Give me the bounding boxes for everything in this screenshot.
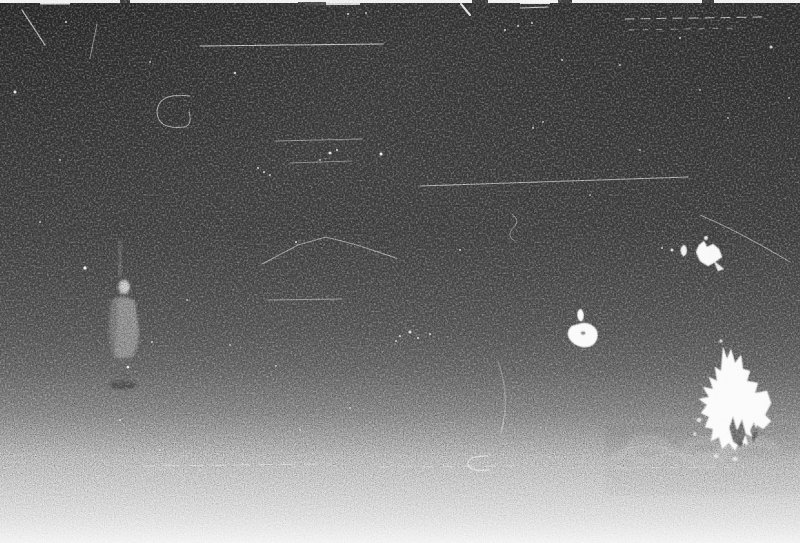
film-edge-bump — [40, 0, 70, 5]
dust-speck — [151, 341, 153, 343]
dust-speck — [531, 22, 533, 24]
dust-speck — [65, 21, 67, 23]
scratch-line — [625, 17, 763, 19]
car-roof-arc — [262, 237, 396, 264]
dust-speck — [299, 429, 301, 431]
scratch-line — [380, 466, 516, 467]
film-edge-gap — [702, 0, 714, 3]
film-edge-gap — [558, 0, 572, 3]
film-edge-gap — [298, 2, 326, 6]
scratch-line — [520, 7, 548, 8]
dust-speck — [727, 117, 729, 119]
dust-speck — [336, 149, 338, 151]
flame-fleck-3 — [714, 454, 719, 458]
dust-speck — [380, 153, 383, 156]
dust-speck — [561, 59, 563, 61]
scratch-line — [141, 453, 189, 477]
dust-speck — [229, 344, 231, 346]
photograph — [0, 0, 800, 543]
dust-speck — [39, 221, 41, 223]
c-scratch — [468, 456, 489, 470]
dust-speck — [319, 159, 321, 161]
upper-right-blob — [696, 241, 722, 266]
flame-fleck-4 — [732, 457, 738, 461]
dust-speck — [97, 477, 99, 479]
dust-speck — [159, 449, 161, 451]
dust-speck-layer — [14, 12, 791, 479]
dust-speck — [263, 171, 265, 173]
flame-fleck-1 — [697, 418, 701, 422]
figure-streak — [119, 240, 122, 278]
center-blob-main — [568, 323, 598, 347]
scratch-line — [629, 28, 739, 30]
vertical-faint-scratch — [498, 362, 505, 433]
dust-speck — [59, 159, 61, 161]
center-blob-comma — [577, 309, 583, 321]
dust-speck — [295, 241, 297, 243]
dust-speck — [770, 46, 773, 49]
dust-speck — [186, 299, 188, 301]
dust-speck — [532, 127, 534, 129]
dust-speck — [671, 249, 674, 252]
dust-speck — [542, 121, 544, 123]
scratch-line — [90, 24, 97, 58]
scratch-line — [200, 44, 383, 46]
dust-speck — [83, 266, 86, 269]
dust-speck — [14, 91, 17, 94]
upper-right-comma — [681, 245, 687, 256]
dust-speck — [349, 407, 351, 409]
center-blob-notch — [581, 331, 586, 335]
film-edge-gap — [472, 0, 488, 3]
scratch-line — [268, 299, 342, 300]
dust-speck — [517, 25, 519, 27]
film-edge-gap — [120, 0, 130, 3]
dust-speck — [395, 340, 397, 342]
dust-speck — [417, 337, 419, 339]
dust-speck — [257, 167, 259, 169]
dust-speck — [699, 89, 701, 91]
dust-speck — [127, 366, 130, 369]
scratch-line — [275, 139, 362, 141]
scratch-layer — [22, 4, 790, 479]
curl-scratch — [510, 214, 517, 241]
upper-right-dot — [704, 236, 708, 240]
dust-speck — [199, 469, 201, 471]
scratch-line — [461, 4, 470, 15]
dust-speck — [788, 97, 790, 99]
figure-ground-shadow — [109, 381, 137, 389]
figure-leg-right — [124, 357, 131, 381]
dust-speck — [429, 333, 431, 335]
flame-fleck-2 — [694, 433, 697, 436]
dust-speck — [459, 249, 461, 251]
dust-speck — [619, 64, 621, 66]
dust-speck — [399, 335, 401, 337]
dust-speck — [269, 174, 271, 176]
flame-fleck-5 — [720, 340, 723, 343]
scratch-line — [290, 161, 352, 163]
dust-speck — [149, 61, 151, 63]
scratch-line — [22, 10, 45, 45]
dust-speck — [119, 419, 121, 421]
scene-artwork — [0, 0, 800, 543]
scratch-line — [143, 464, 332, 466]
dust-speck — [639, 149, 641, 151]
film-edge-strip — [0, 0, 800, 6]
figure-leg-left — [115, 357, 122, 383]
figure-face-highlight — [123, 283, 129, 291]
dust-speck — [504, 29, 506, 31]
upper-right-blob-tail — [714, 261, 724, 271]
dust-speck — [329, 152, 332, 155]
scratch-line — [420, 177, 688, 186]
dust-speck — [679, 37, 681, 39]
dust-speck — [275, 365, 277, 367]
dust-speck — [589, 194, 591, 196]
dust-speck — [234, 72, 236, 74]
dust-speck — [661, 247, 663, 249]
ghost-shapes-layer — [605, 425, 800, 495]
person-figure — [109, 240, 139, 389]
film-edge-bump — [520, 0, 550, 4]
dust-speck — [347, 13, 349, 15]
dust-speck — [365, 12, 367, 14]
hook-scratch — [157, 95, 190, 127]
dust-speck — [409, 331, 412, 334]
